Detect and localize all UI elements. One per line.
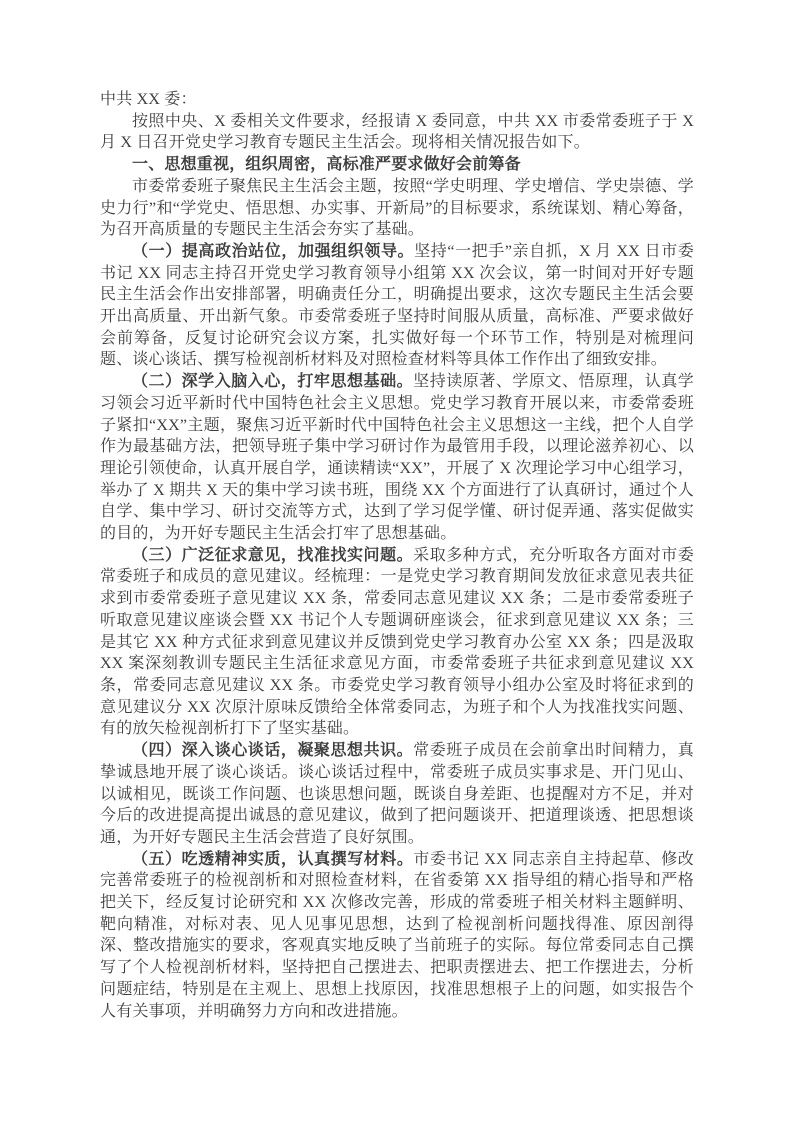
paragraph: （二）深学入脑入心，打牢思想基础。坚持读原著、学原文、悟原理，认真学习领会习近平… [100,371,694,545]
paragraph: （三）广泛征求意见，找准找实问题。采取多种方式，充分听取各方面对市委常委班子和成… [100,545,694,740]
paragraph: （一）提高政治站位，加强组织领导。坚持“一把手”亲自抓，X 月 XX 日市委书记… [100,241,694,371]
paragraph: （五）吃透精神实质，认真撰写材料。市委书记 XX 同志亲自主持起草、修改完善常委… [100,849,694,1023]
salutation: 中共 XX 委： [100,89,694,111]
paragraph-lead: （二）深学入脑入心，打牢思想基础。 [132,373,413,390]
section-heading: 一、思想重视，组织周密，高标准严要求做好会前筹备 [100,154,694,176]
document-body: 按照中央、X 委相关文件要求，经报请 X 委同意，中共 XX 市委常委班子于 X… [100,111,694,1023]
paragraph-lead: （三）广泛征求意见，找准找实问题。 [132,547,413,564]
paragraph: 市委常委班子聚焦民主生活会主题，按照“学史明理、学史增信、学史崇德、学史力行”和… [100,176,694,241]
paragraph-lead: （一）提高政治站位，加强组织领导。 [132,243,414,260]
paragraph: （四）深入谈心谈话，凝聚思想共识。常委班子成员在会前拿出时间精力，真挚诚恳地开展… [100,740,694,849]
paragraph-lead: （四）深入谈心谈话，凝聚思想共识。 [132,742,413,759]
paragraph-lead: （五）吃透精神实质，认真撰写材料。 [132,851,413,868]
document-page: 中共 XX 委： 按照中央、X 委相关文件要求，经报请 X 委同意，中共 XX … [0,0,793,1122]
paragraph: 按照中央、X 委相关文件要求，经报请 X 委同意，中共 XX 市委常委班子于 X… [100,111,694,154]
